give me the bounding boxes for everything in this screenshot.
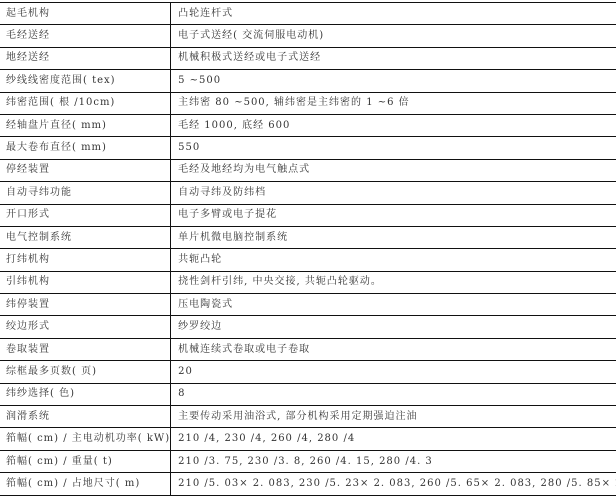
value-cell: 电子式送经( 交流伺服电动机) (171, 25, 616, 47)
value-cell: 主要传动采用油浴式, 部分机构采用定期强迫注油 (171, 406, 616, 428)
param-cell: 毛经送经 (0, 25, 171, 47)
param-cell: 开口形式 (0, 204, 171, 226)
param-cell: 筘幅( cm) / 重量( t) (0, 450, 171, 472)
param-cell: 打纬机构 (0, 249, 171, 271)
param-cell: 停经装置 (0, 159, 171, 181)
table-row: 打纬机构共轭凸轮 (0, 249, 616, 271)
table-row: 绞边形式纱罗绞边 (0, 316, 616, 338)
value-cell: 210 /4, 230 /4, 260 /4, 280 /4 (171, 428, 616, 450)
table-row: 停经装置毛经及地经均为电气触点式 (0, 159, 616, 181)
value-cell: 20 (171, 361, 616, 383)
value-cell: 纱罗绞边 (171, 316, 616, 338)
table-row: 筘幅( cm) / 占地尺寸( m)210 /5. 03× 2. 083, 23… (0, 473, 616, 495)
table-row: 纱线线密度范围( tex)5 ~500 (0, 70, 616, 92)
param-cell: 卷取装置 (0, 338, 171, 360)
table-row: 纬密范围( 根 /10cm)主纬密 80 ~500, 辅纬密是主纬密的 1 ~6… (0, 92, 616, 114)
table-row: 电气控制系统单片机微电脑控制系统 (0, 226, 616, 248)
param-cell: 自动寻纬功能 (0, 182, 171, 204)
value-cell: 210 /3. 75, 230 /3. 8, 260 /4. 15, 280 /… (171, 450, 616, 472)
table-row: 经轴盘片直径( mm)毛经 1000, 底经 600 (0, 114, 616, 136)
table-row: 开口形式电子多臂或电子提花 (0, 204, 616, 226)
table-row: 综框最多页数( 页)20 (0, 361, 616, 383)
value-cell: 5 ~500 (171, 70, 616, 92)
spec-table: 起毛机构凸轮连杆式 毛经送经电子式送经( 交流伺服电动机) 地经送经机械积极式送… (0, 2, 616, 496)
table-row: 卷取装置机械连续式卷取或电子卷取 (0, 338, 616, 360)
param-cell: 最大卷布直径( mm) (0, 137, 171, 159)
table-row: 筘幅( cm) / 重量( t)210 /3. 75, 230 /3. 8, 2… (0, 450, 616, 472)
value-cell: 550 (171, 137, 616, 159)
table-row: 自动寻纬功能自动寻纬及防纬档 (0, 182, 616, 204)
param-cell: 纱线线密度范围( tex) (0, 70, 171, 92)
value-cell: 8 (171, 383, 616, 405)
param-cell: 地经送经 (0, 47, 171, 69)
value-cell: 机械积极式送经或电子式送经 (171, 47, 616, 69)
value-cell: 单片机微电脑控制系统 (171, 226, 616, 248)
param-cell: 电气控制系统 (0, 226, 171, 248)
table-row: 纬停装置压电陶瓷式 (0, 294, 616, 316)
value-cell: 毛经 1000, 底经 600 (171, 114, 616, 136)
param-cell: 润滑系统 (0, 406, 171, 428)
param-cell: 综框最多页数( 页) (0, 361, 171, 383)
param-cell: 纬密范围( 根 /10cm) (0, 92, 171, 114)
value-cell: 机械连续式卷取或电子卷取 (171, 338, 616, 360)
value-cell: 压电陶瓷式 (171, 294, 616, 316)
param-cell: 引纬机构 (0, 271, 171, 293)
table-row: 润滑系统主要传动采用油浴式, 部分机构采用定期强迫注油 (0, 406, 616, 428)
param-cell: 起毛机构 (0, 3, 171, 25)
table-row: 地经送经机械积极式送经或电子式送经 (0, 47, 616, 69)
value-cell: 电子多臂或电子提花 (171, 204, 616, 226)
value-cell: 挠性剑杆引纬, 中央交接, 共轭凸轮驱动。 (171, 271, 616, 293)
value-cell: 自动寻纬及防纬档 (171, 182, 616, 204)
table-row: 引纬机构挠性剑杆引纬, 中央交接, 共轭凸轮驱动。 (0, 271, 616, 293)
value-cell: 毛经及地经均为电气触点式 (171, 159, 616, 181)
value-cell: 凸轮连杆式 (171, 3, 616, 25)
param-cell: 经轴盘片直径( mm) (0, 114, 171, 136)
param-cell: 筘幅( cm) / 主电动机功率( kW) (0, 428, 171, 450)
param-cell: 筘幅( cm) / 占地尺寸( m) (0, 473, 171, 495)
table-row: 毛经送经电子式送经( 交流伺服电动机) (0, 25, 616, 47)
table-row: 最大卷布直径( mm)550 (0, 137, 616, 159)
value-cell: 210 /5. 03× 2. 083, 230 /5. 23× 2. 083, … (171, 473, 616, 495)
param-cell: 纬纱选择( 色) (0, 383, 171, 405)
table-row: 纬纱选择( 色)8 (0, 383, 616, 405)
table-row: 筘幅( cm) / 主电动机功率( kW)210 /4, 230 /4, 260… (0, 428, 616, 450)
param-cell: 纬停装置 (0, 294, 171, 316)
value-cell: 主纬密 80 ~500, 辅纬密是主纬密的 1 ~6 倍 (171, 92, 616, 114)
param-cell: 绞边形式 (0, 316, 171, 338)
table-row: 起毛机构凸轮连杆式 (0, 3, 616, 25)
value-cell: 共轭凸轮 (171, 249, 616, 271)
